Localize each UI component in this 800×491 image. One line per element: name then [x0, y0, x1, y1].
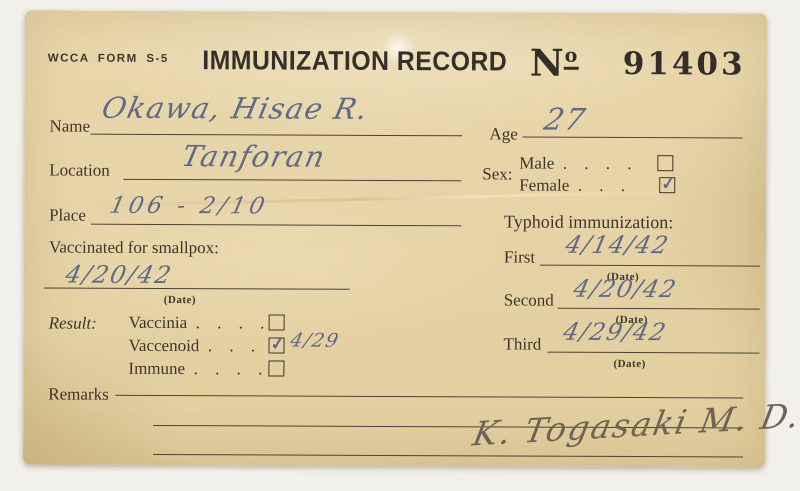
name-value: Okawa, Hisae R.: [99, 91, 372, 126]
dots: . . . .: [196, 313, 266, 332]
serial-number-symbol: No: [530, 41, 579, 85]
remarks-label: Remarks: [48, 384, 109, 404]
sex-option-female: Female . . .: [519, 176, 626, 196]
dots: . . . .: [563, 154, 633, 173]
form-id: WCCA FORM S-5: [48, 52, 169, 65]
immunization-record-card: WCCA FORM S-5 IMMUNIZATION RECORD No 914…: [23, 10, 767, 467]
typhoid-first-label: First: [504, 247, 535, 267]
male-checkbox: [657, 155, 673, 171]
vaccenoid-annotation: 4/29: [288, 330, 341, 352]
serial-number: 91403: [623, 46, 746, 83]
female-checkbox: ✓: [659, 177, 675, 193]
name-label: Name: [49, 116, 90, 136]
result-option-vaccinia: Vaccinia . . . .: [129, 313, 266, 334]
typhoid-third-value: 4/29/42: [561, 318, 670, 346]
sex-label: Sex:: [482, 164, 512, 184]
result-label: Result:: [49, 313, 97, 333]
typhoid-third-label: Third: [503, 334, 541, 354]
typhoid-third-caption: (Date): [613, 358, 645, 370]
card-title: IMMUNIZATION RECORD: [194, 45, 516, 77]
smallpox-date-value: 4/20/42: [63, 261, 176, 289]
vaccinia-checkbox: [269, 314, 285, 330]
typhoid-second-label: Second: [504, 290, 554, 310]
place-label: Place: [49, 205, 86, 225]
smallpox-date-caption: (Date): [164, 294, 196, 306]
dots: . . .: [578, 176, 626, 195]
sex-option-male: Male . . . .: [519, 154, 632, 174]
age-label: Age: [489, 124, 517, 144]
place-value: 106 - 2/10: [107, 193, 271, 220]
age-value: 27: [541, 103, 590, 138]
